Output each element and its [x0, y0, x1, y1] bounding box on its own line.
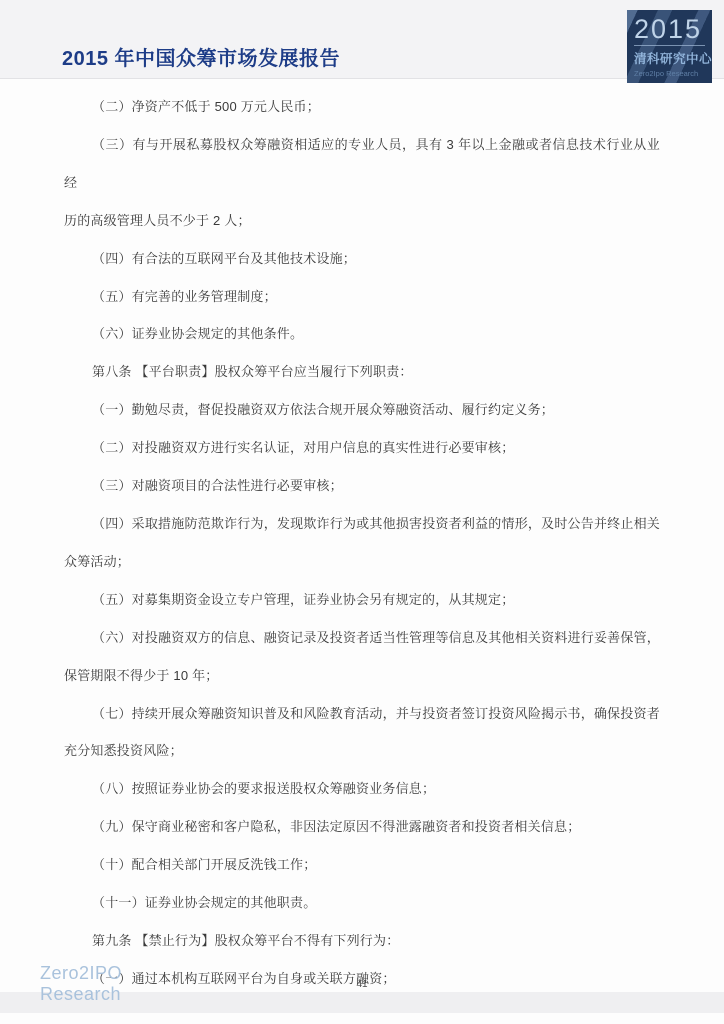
body-line: （十一）证券业协会规定的其他职责。 [64, 884, 660, 922]
logo-year: 2015 [634, 14, 705, 46]
zero2ipo-logo: 2015 清科研究中心 Zero2Ipo Research [627, 10, 712, 83]
body-line: 众筹活动； [64, 543, 660, 581]
body-line: 充分知悉投资风险； [64, 732, 660, 770]
body-line: （五）有完善的业务管理制度； [64, 278, 660, 316]
document-page: 2015 年中国众筹市场发展报告 2015 清科研究中心 Zero2Ipo Re… [0, 0, 724, 1024]
body-line: （五）对募集期资金设立专户管理，证券业协会另有规定的，从其规定； [64, 581, 660, 619]
body-line: 第九条 【禁止行为】股权众筹平台不得有下列行为： [64, 922, 660, 960]
body-line: （六）证券业协会规定的其他条件。 [64, 315, 660, 353]
logo-org-name-cn: 清科研究中心 [634, 49, 705, 67]
body-line: （九）保守商业秘密和客户隐私，非因法定原因不得泄露融资者和投资者相关信息； [64, 808, 660, 846]
body-line: 保管期限不得少于 10 年； [64, 657, 660, 695]
body-line: （八）按照证券业协会的要求报送股权众筹融资业务信息； [64, 770, 660, 808]
document-body: （二）净资产不低于 500 万元人民币；（三）有与开展私募股权众筹融资相适应的专… [64, 88, 660, 998]
body-line: 历的高级管理人员不少于 2 人； [64, 202, 660, 240]
page-number: 41 [0, 979, 724, 990]
body-line: 第八条 【平台职责】股权众筹平台应当履行下列职责： [64, 353, 660, 391]
body-line: （十）配合相关部门开展反洗钱工作； [64, 846, 660, 884]
report-title: 2015 年中国众筹市场发展报告 [62, 42, 340, 71]
body-line: （三）对融资项目的合法性进行必要审核； [64, 467, 660, 505]
body-line: （四）采取措施防范欺诈行为，发现欺诈行为或其他损害投资者利益的情形，及时公告并终… [64, 505, 660, 543]
body-line: （六）对投融资双方的信息、融资记录及投资者适当性管理等信息及其他相关资料进行妥善… [64, 619, 660, 657]
logo-org-name-en: Zero2Ipo Research [634, 69, 705, 78]
body-line: （四）有合法的互联网平台及其他技术设施； [64, 240, 660, 278]
body-line: （一）勤勉尽责，督促投融资双方依法合规开展众筹融资活动、履行约定义务； [64, 391, 660, 429]
body-line: （七）持续开展众筹融资知识普及和风险教育活动，并与投资者签订投资风险揭示书，确保… [64, 695, 660, 733]
body-line: （三）有与开展私募股权众筹融资相适应的专业人员，具有 3 年以上金融或者信息技术… [64, 126, 660, 202]
page-header: 2015 年中国众筹市场发展报告 2015 清科研究中心 Zero2Ipo Re… [0, 0, 724, 79]
body-line: （二）对投融资双方进行实名认证，对用户信息的真实性进行必要审核； [64, 429, 660, 467]
body-line: （二）净资产不低于 500 万元人民币； [64, 88, 660, 126]
